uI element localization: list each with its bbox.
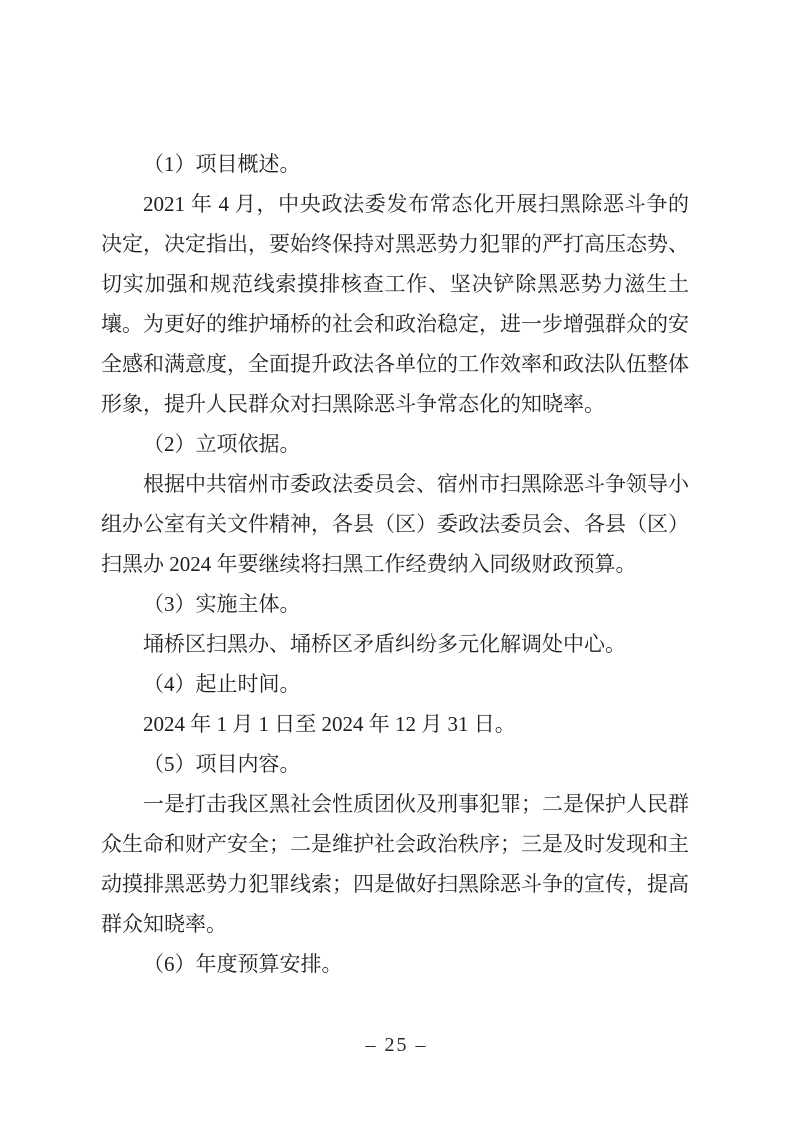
text-line: 决定，决定指出，要始终保持对黑恶势力犯罪的严打高压态势、 [101,224,689,264]
heading-implementing-body: （3）实施主体。 [101,584,689,624]
text-line: 埇桥区扫黑办、埇桥区矛盾纠纷多元化解调处中心。 [101,624,689,664]
text-line: 2024 年 1 月 1 日至 2024 年 12 月 31 日。 [101,704,689,744]
document-page: （1）项目概述。 2021 年 4 月，中央政法委发布常态化开展扫黑除恶斗争的 … [0,0,793,1122]
page-number: – 25 – [0,1030,793,1060]
text-line: 切实加强和规范线索摸排核查工作、坚决铲除黑恶势力滋生土 [101,264,689,304]
text-line: 扫黑办 2024 年要继续将扫黑工作经费纳入同级财政预算。 [101,544,689,584]
heading-project-content: （5）项目内容。 [101,744,689,784]
text-line: 组办公室有关文件精神，各县（区）委政法委员会、各县（区） [101,504,689,544]
text-line: 群众知晓率。 [101,904,689,944]
document-body: （1）项目概述。 2021 年 4 月，中央政法委发布常态化开展扫黑除恶斗争的 … [101,144,689,984]
text-line: 全感和满意度，全面提升政法各单位的工作效率和政法队伍整体 [101,344,689,384]
heading-project-basis: （2）立项依据。 [101,424,689,464]
text-line: 形象，提升人民群众对扫黑除恶斗争常态化的知晓率。 [101,384,689,424]
text-line: 2021 年 4 月，中央政法委发布常态化开展扫黑除恶斗争的 [101,184,689,224]
text-line: 一是打击我区黑社会性质团伙及刑事犯罪；二是保护人民群 [101,784,689,824]
text-line: 壤。为更好的维护埇桥的社会和政治稳定，进一步增强群众的安 [101,304,689,344]
heading-project-overview: （1）项目概述。 [101,144,689,184]
heading-time-period: （4）起止时间。 [101,664,689,704]
text-line: 动摸排黑恶势力犯罪线索；四是做好扫黑除恶斗争的宣传，提高 [101,864,689,904]
heading-annual-budget: （6）年度预算安排。 [101,944,689,984]
text-line: 众生命和财产安全；二是维护社会政治秩序；三是及时发现和主 [101,824,689,864]
text-line: 根据中共宿州市委政法委员会、宿州市扫黑除恶斗争领导小 [101,464,689,504]
